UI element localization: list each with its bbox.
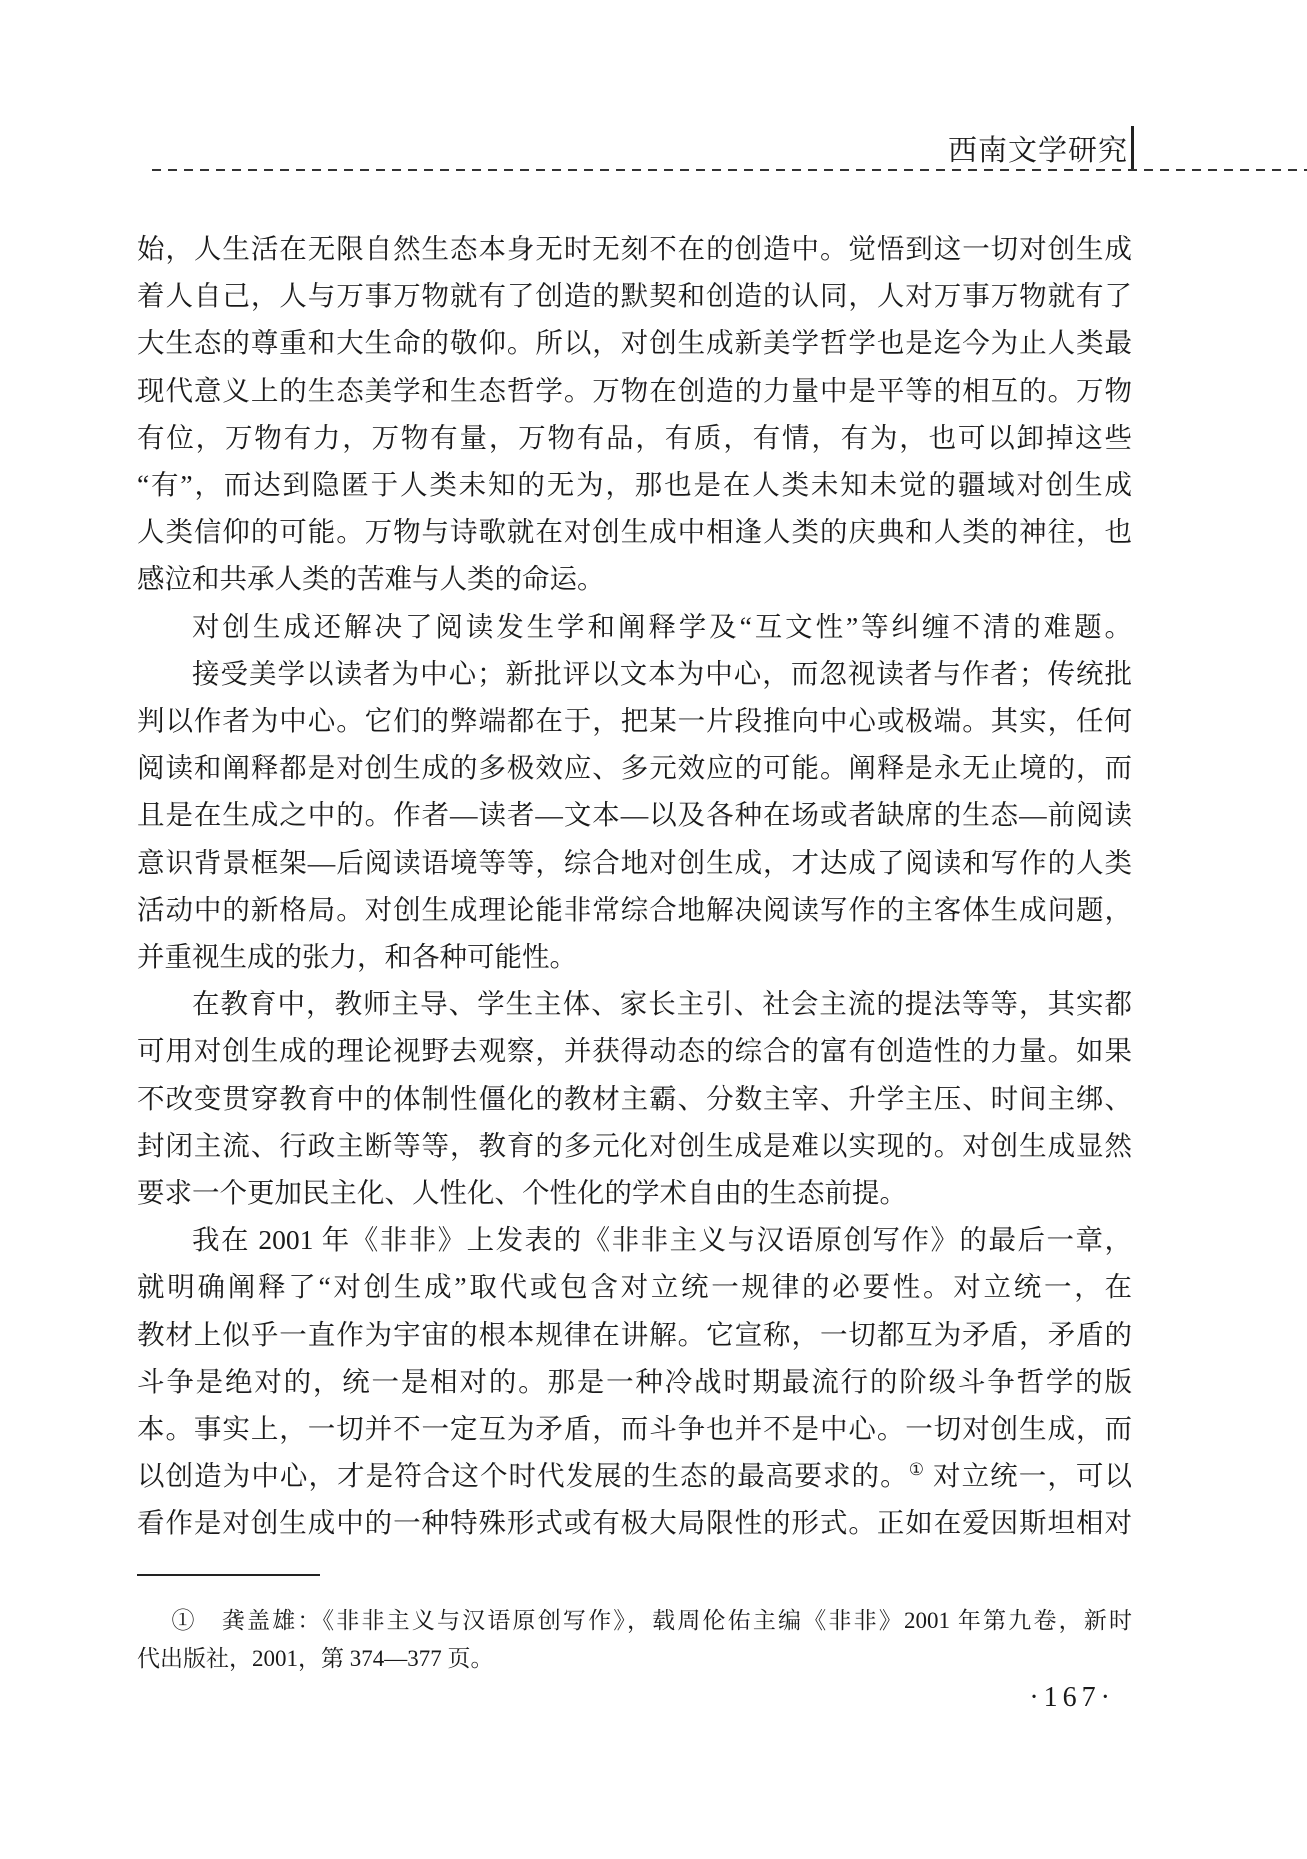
text-line: 并重视生成的张力，和各种可能性。	[137, 933, 1132, 980]
text-line: 接受美学以读者为中心；新批评以文本为中心，而忽视读者与作者；传统批	[137, 650, 1132, 697]
text-line: 本。事实上，一切并不一定互为矛盾，而斗争也并不是中心。一切对创生成，而	[137, 1405, 1132, 1452]
running-head-title: 西南文学研究	[948, 134, 1128, 168]
text-line: 教材上似乎一直作为宇宙的根本规律在讲解。它宣称，一切都互为矛盾，矛盾的	[137, 1311, 1132, 1358]
text-line: 我在 2001 年《非非》上发表的《非非主义与汉语原创写作》的最后一章，	[137, 1216, 1132, 1263]
text-line: 封闭主流、行政主断等等，教育的多元化对创生成是难以实现的。对创生成显然	[137, 1122, 1132, 1169]
text-line: “有”，而达到隐匿于人类未知的无为，那也是在人类未知未觉的疆域对创生成	[137, 461, 1132, 508]
footnote-line: ① 龚盖雄：《非非主义与汉语原创写作》，载周伦佑主编《非非》2001 年第九卷，…	[137, 1602, 1132, 1640]
text-line: 意识背景框架—后阅读语境等等，综合地对创生成，才达成了阅读和写作的人类	[137, 839, 1132, 886]
text-line: 就明确阐释了“对创生成”取代或包含对立统一规律的必要性。对立统一，在	[137, 1263, 1132, 1310]
body-text: 始，人生活在无限自然生态本身无时无刻不在的创造中。觉悟到这一切对创生成着人自己，…	[137, 225, 1132, 1547]
text-line: 斗争是绝对的，统一是相对的。那是一种冷战时期最流行的阶级斗争哲学的版	[137, 1358, 1132, 1405]
text-line: 感泣和共承人类的苦难与人类的命运。	[137, 555, 1132, 602]
text-line: 在教育中，教师主导、学生主体、家长主引、社会主流的提法等等，其实都	[137, 980, 1132, 1027]
text-line: 着人自己，人与万事万物就有了创造的默契和创造的认同，人对万事万物就有了	[137, 272, 1132, 319]
text-line: 活动中的新格局。对创生成理论能非常综合地解决阅读写作的主客体生成问题，	[137, 886, 1132, 933]
text-line: 且是在生成之中的。作者—读者—文本—以及各种在场或者缺席的生态—前阅读	[137, 791, 1132, 838]
footnote-marker-superscript: ①	[909, 1460, 925, 1479]
footnote: ① 龚盖雄：《非非主义与汉语原创写作》，载周伦佑主编《非非》2001 年第九卷，…	[137, 1602, 1132, 1678]
running-head-dashed-rule	[152, 169, 1307, 171]
text-line: 看作是对创生成中的一种特殊形式或有极大局限性的形式。正如在爱因斯坦相对	[137, 1499, 1132, 1546]
text-line: 大生态的尊重和大生命的敬仰。所以，对创生成新美学哲学也是迄今为止人类最	[137, 319, 1132, 366]
text-line: 有位，万物有力，万物有量，万物有品，有质，有情，有为，也可以卸掉这些	[137, 414, 1132, 461]
text-line: 对创生成还解决了阅读发生学和阐释学及“互文性”等纠缠不清的难题。	[137, 603, 1132, 650]
text-line: 不改变贯穿教育中的体制性僵化的教材主霸、分数主宰、升学主压、时间主绑、	[137, 1075, 1132, 1122]
text-line: 现代意义上的生态美学和生态哲学。万物在创造的力量中是平等的相互的。万物	[137, 367, 1132, 414]
footnote-separator-rule	[137, 1574, 320, 1576]
book-page: 西南文学研究 始，人生活在无限自然生态本身无时无刻不在的创造中。觉悟到这一切对创…	[0, 0, 1307, 1859]
running-head-bar	[1131, 126, 1134, 170]
text-line: 以创造为中心，才是符合这个时代发展的生态的最高要求的。① 对立统一，可以	[137, 1452, 1132, 1499]
text-line: 可用对创生成的理论视野去观察，并获得动态的综合的富有创造性的力量。如果	[137, 1027, 1132, 1074]
text-line: 始，人生活在无限自然生态本身无时无刻不在的创造中。觉悟到这一切对创生成	[137, 225, 1132, 272]
text-line: 要求一个更加民主化、人性化、个性化的学术自由的生态前提。	[137, 1169, 1132, 1216]
text-line: 人类信仰的可能。万物与诗歌就在对创生成中相逢人类的庆典和人类的神往，也	[137, 508, 1132, 555]
footnote-line: 代出版社，2001，第 374—377 页。	[137, 1640, 1132, 1678]
text-line: 判以作者为中心。它们的弊端都在于，把某一片段推向中心或极端。其实，任何	[137, 697, 1132, 744]
text-line: 阅读和阐释都是对创生成的多极效应、多元效应的可能。阐释是永无止境的，而	[137, 744, 1132, 791]
page-number: ·167·	[1029, 1682, 1115, 1714]
